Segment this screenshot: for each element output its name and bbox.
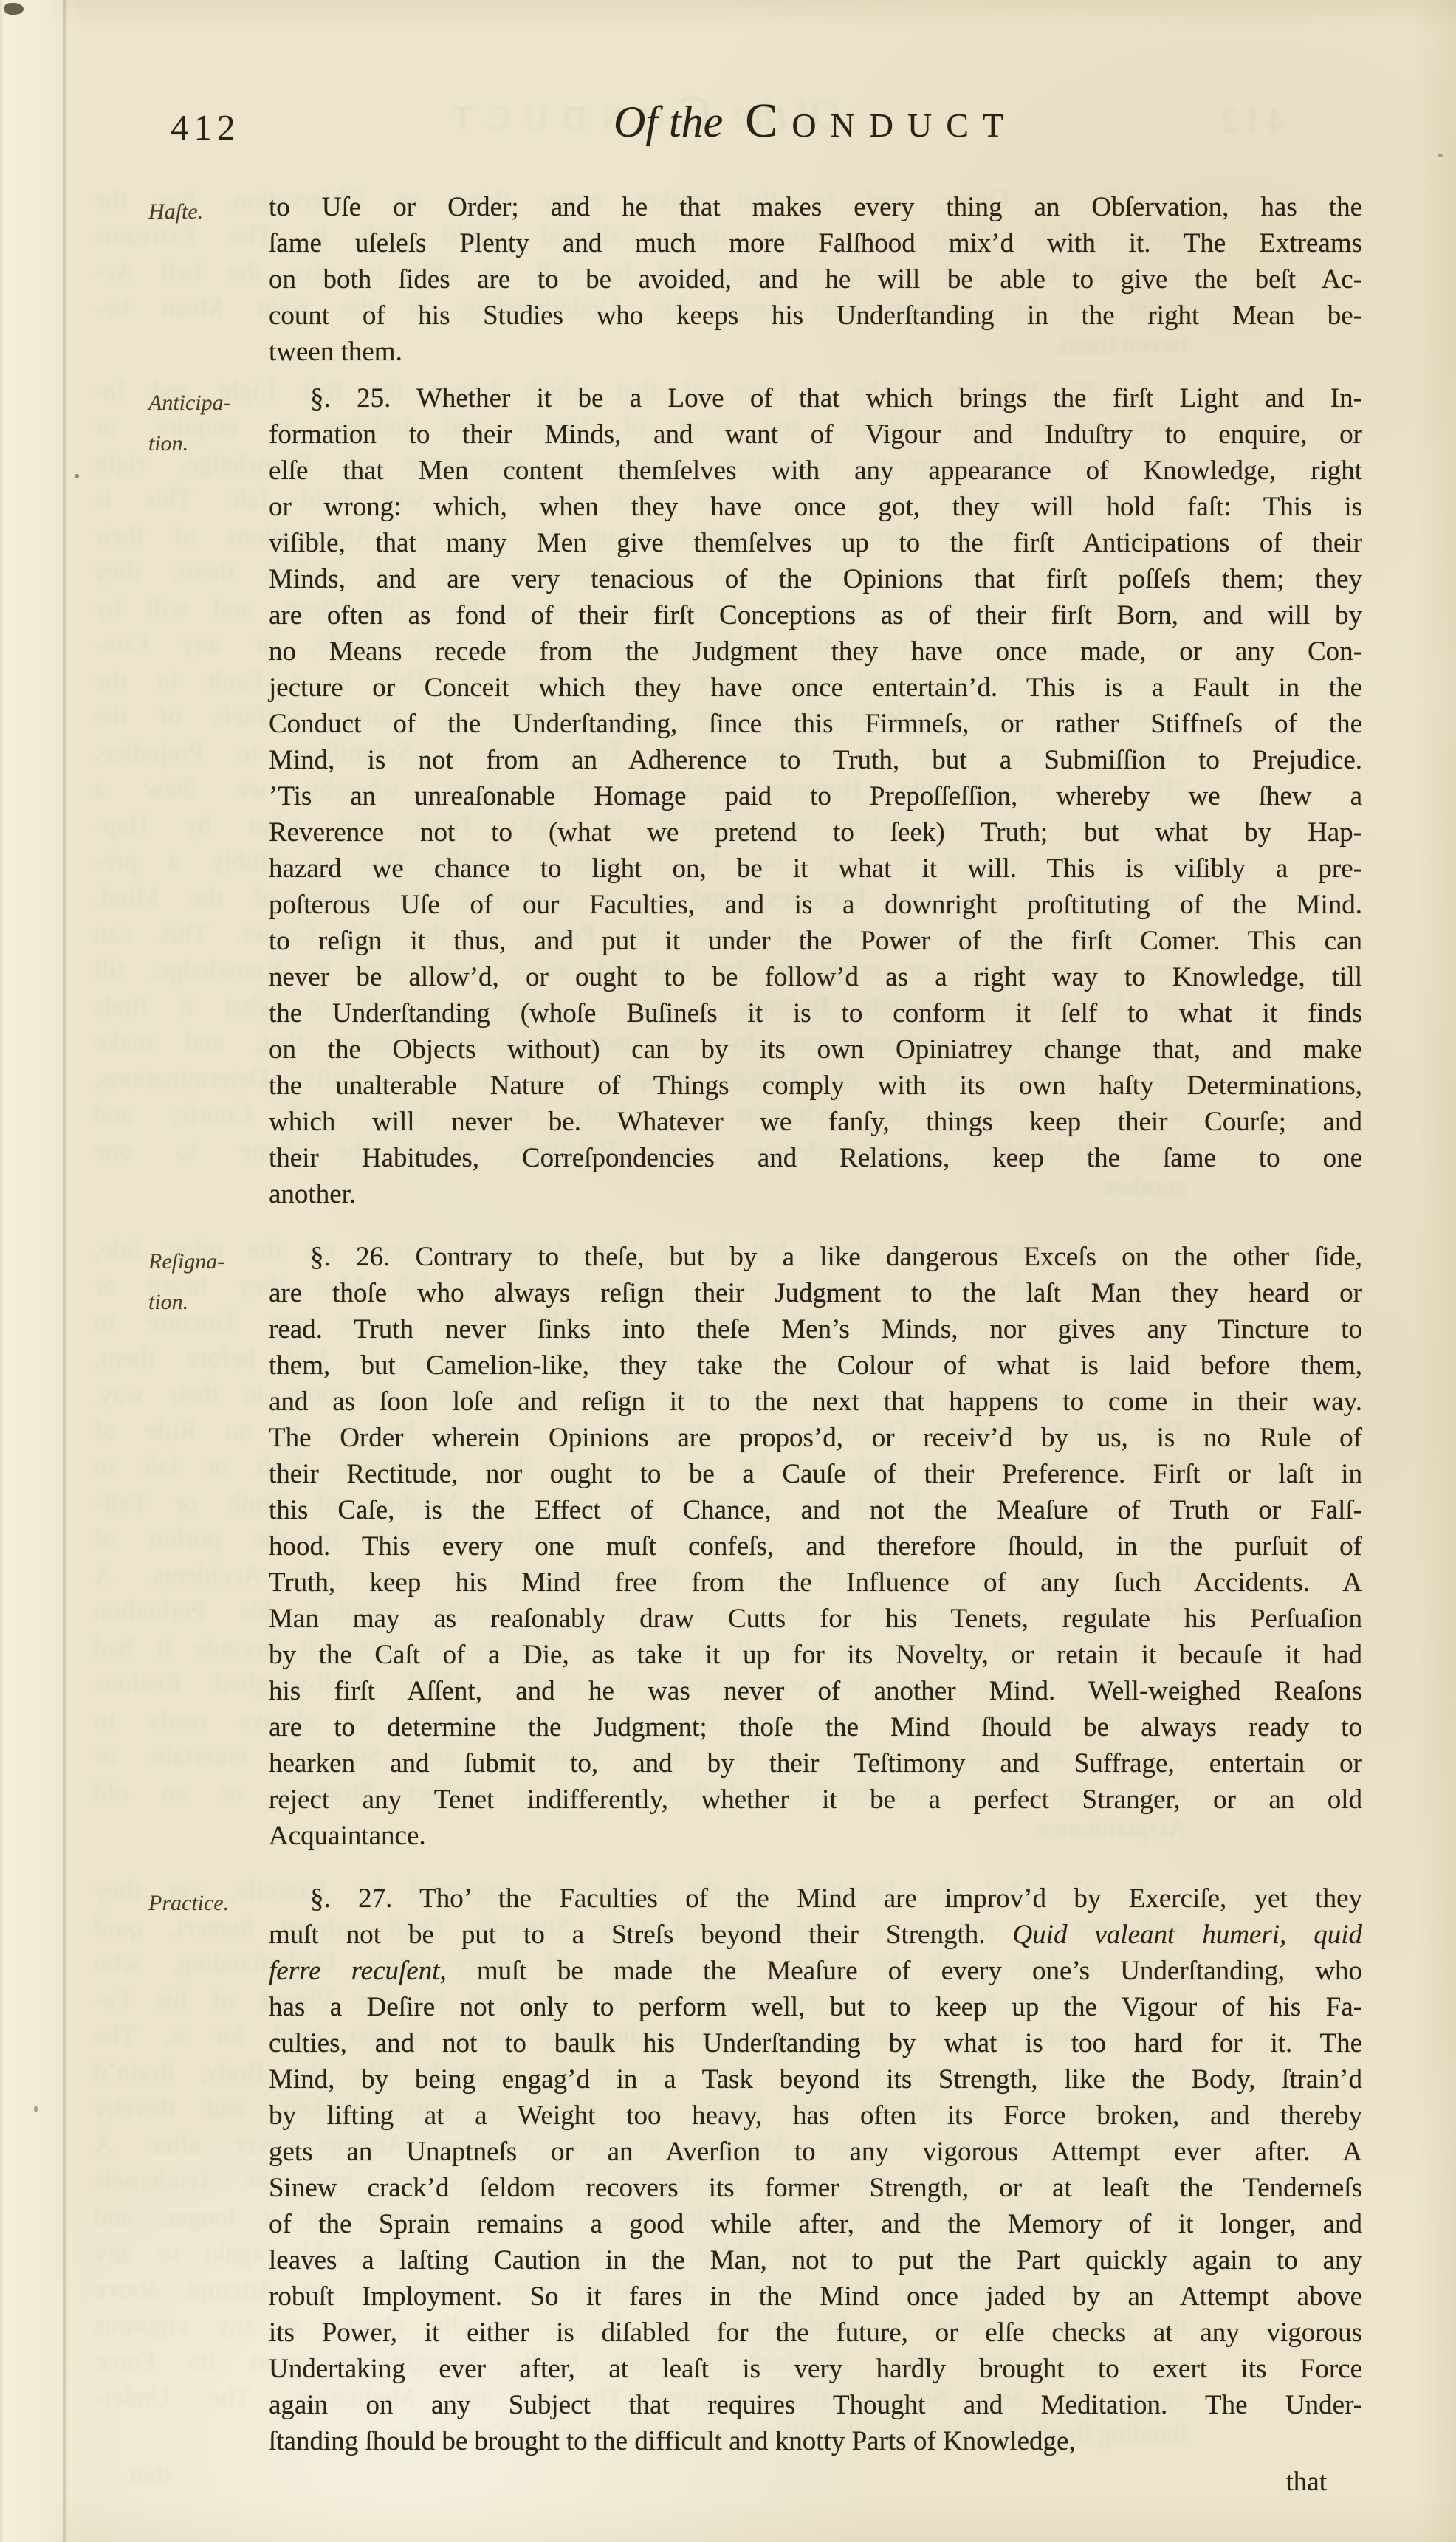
text-segment: ’Tis an unreaſonable Homage paid to Prep… bbox=[269, 781, 1362, 811]
margin-note: Practice. bbox=[148, 1883, 261, 1923]
text-line: ſame uſeleſs Plenty and much more Falſho… bbox=[269, 225, 1362, 261]
text-segment: poſterous Uſe of our Faculties, and is a… bbox=[269, 890, 1362, 920]
paragraph: Anticipa-tion.§. 25. Whether it be a Lov… bbox=[269, 380, 1362, 1212]
text-segment: The Order wherein Opinions are propos’d,… bbox=[269, 1423, 1362, 1453]
text-line: its Power, it either is diſabled for the… bbox=[269, 2315, 1362, 2351]
text-segment: §. 26. Contrary to theſe, but by a like … bbox=[310, 1242, 1362, 1272]
text-line: elſe that Men content themſelves with an… bbox=[269, 453, 1362, 489]
text-line: tween them. bbox=[269, 334, 1362, 370]
margin-note-line: Practice. bbox=[148, 1883, 261, 1923]
text-line: §. 25. Whether it be a Love of that whic… bbox=[269, 380, 1362, 416]
text-line: Truth, keep his Mind free from the Influ… bbox=[269, 1564, 1362, 1601]
text-segment: are often as fond of their firſt Concept… bbox=[269, 600, 1362, 631]
text-segment: reject any Tenet indifferently, whether … bbox=[269, 1784, 1362, 1815]
latin-quote-italic: ferre recuſent bbox=[269, 1956, 440, 1986]
text-segment: Conduct of the Underſtanding, ſince this… bbox=[269, 709, 1362, 739]
text-segment: its Power, it either is diſabled for the… bbox=[269, 2318, 1362, 2348]
text-line: his firſt Aſſent, and he was never of an… bbox=[269, 1673, 1362, 1709]
margin-note-line: tion. bbox=[148, 1282, 261, 1322]
latin-quote-italic: Quid valeant humeri, quid bbox=[1012, 1920, 1362, 1950]
text-line: gets an Unaptneſs or an Averſion to any … bbox=[269, 2134, 1362, 2170]
paragraph: Haſte.to Uſe or Order; and he that makes… bbox=[269, 189, 1362, 370]
text-segment: viſible, that many Men give themſelves u… bbox=[269, 528, 1362, 558]
text-segment: to Uſe or Order; and he that makes every… bbox=[269, 192, 1362, 222]
text-line: on both ſides are to be avoided, and he … bbox=[269, 261, 1362, 298]
text-segment: the unalterable Nature of Things comply … bbox=[269, 1071, 1362, 1101]
text-line: which will never be. Whatever we fanſy, … bbox=[269, 1104, 1362, 1140]
page-number: 412 bbox=[171, 106, 241, 148]
text-line: the unalterable Nature of Things comply … bbox=[269, 1068, 1362, 1104]
text-line: their Rectitude, nor ought to be a Cauſe… bbox=[269, 1456, 1362, 1492]
catchword-row: that bbox=[269, 2464, 1362, 2500]
text-line: ’Tis an unreaſonable Homage paid to Prep… bbox=[269, 778, 1362, 814]
text-segment: ſame uſeleſs Plenty and much more Falſho… bbox=[269, 228, 1362, 258]
text-segment: hood. This every one muſt confeſs, and t… bbox=[269, 1531, 1362, 1562]
text-line: again on any Subject that requires Thoug… bbox=[269, 2387, 1362, 2423]
text-line: by the Caſt of a Die, as take it up for … bbox=[269, 1637, 1362, 1673]
text-line: ſtanding ſhould be brought to the diffic… bbox=[269, 2423, 1362, 2459]
text-segment: read. Truth never ſinks into theſe Men’s… bbox=[269, 1314, 1362, 1344]
text-line: hearken and ſubmit to, and by their Teſt… bbox=[269, 1745, 1362, 1782]
text-segment: them, but Camelion-like, they take the C… bbox=[269, 1350, 1362, 1381]
text-segment: are thoſe who always reſign their Judgme… bbox=[269, 1278, 1362, 1308]
margin-note: Anticipa-tion. bbox=[148, 382, 261, 464]
text-segment: Sinew crack’d ſeldom recovers its former… bbox=[269, 2173, 1362, 2203]
margin-note-line: Reſigna- bbox=[148, 1241, 261, 1282]
text-segment: muſt not be put to a Streſs beyond their… bbox=[269, 1920, 1012, 1950]
text-segment: robuſt Imployment. So it fares in the Mi… bbox=[269, 2281, 1362, 2312]
text-segment: hearken and ſubmit to, and by their Teſt… bbox=[269, 1748, 1362, 1779]
title-italic: Of the bbox=[614, 97, 745, 146]
text-segment: of the Sprain remains a good while after… bbox=[269, 2209, 1362, 2239]
text-segment: Mind, is not from an Adherence to Truth,… bbox=[269, 745, 1362, 775]
text-line: their Habitudes, Correſpondencies and Re… bbox=[269, 1140, 1362, 1176]
text-segment: §. 27. Tho’ the Faculties of the Mind ar… bbox=[310, 1883, 1362, 1914]
text-line: are thoſe who always reſign their Judgme… bbox=[269, 1275, 1362, 1311]
text-line: reject any Tenet indifferently, whether … bbox=[269, 1782, 1362, 1818]
paragraph: Practice.§. 27. Tho’ the Faculties of th… bbox=[269, 1880, 1362, 2459]
text-line: to reſign it thus, and put it under the … bbox=[269, 923, 1362, 959]
text-line: no Means recede from the Judgment they h… bbox=[269, 633, 1362, 670]
text-segment: the Underſtanding (whoſe Buſineſs it is … bbox=[269, 998, 1362, 1028]
text-line: count of his Studies who keeps his Under… bbox=[269, 298, 1362, 334]
text-segment: on both ſides are to be avoided, and he … bbox=[269, 264, 1362, 295]
text-segment: on the Objects without) can by its own O… bbox=[269, 1034, 1362, 1065]
text-segment: which will never be. Whatever we fanſy, … bbox=[269, 1107, 1362, 1137]
text-line: leaves a laſting Caution in the Man, not… bbox=[269, 2242, 1362, 2278]
text-segment: no Means recede from the Judgment they h… bbox=[269, 636, 1362, 667]
text-line: formation to their Minds, and want of Vi… bbox=[269, 416, 1362, 453]
text-line: by lifting at a Weight too heavy, has of… bbox=[269, 2098, 1362, 2134]
text-segment: by lifting at a Weight too heavy, has of… bbox=[269, 2100, 1362, 2131]
text-line: robuſt Imployment. So it fares in the Mi… bbox=[269, 2278, 1362, 2315]
text-line: jecture or Conceit which they have once … bbox=[269, 670, 1362, 706]
text-line: culties, and not to baulk his Underſtand… bbox=[269, 2025, 1362, 2061]
text-segment: or wrong: which, when they have once got… bbox=[269, 492, 1362, 522]
text-segment: another. bbox=[269, 1179, 356, 1209]
text-segment: this Caſe, is the Effect of Chance, and … bbox=[269, 1495, 1362, 1525]
text-segment: and as ſoon loſe and reſign it to the ne… bbox=[269, 1387, 1362, 1417]
text-line: Mind, by being engag’d in a Task beyond … bbox=[269, 2061, 1362, 2098]
text-line: of the Sprain remains a good while after… bbox=[269, 2206, 1362, 2242]
page-content: 412 Of theConduct Haſte.to Uſe or Order;… bbox=[0, 0, 1456, 2542]
text-segment: gets an Unaptneſs or an Averſion to any … bbox=[269, 2137, 1362, 2167]
title-caps: Conduct bbox=[745, 93, 1017, 149]
text-segment: count of his Studies who keeps his Under… bbox=[269, 300, 1362, 331]
text-line: are to determine the Judgment; thoſe the… bbox=[269, 1709, 1362, 1745]
text-line: Conduct of the Underſtanding, ſince this… bbox=[269, 706, 1362, 742]
text-line: are often as fond of their firſt Concept… bbox=[269, 597, 1362, 633]
text-line: hazard we chance to light on, be it what… bbox=[269, 851, 1362, 887]
text-segment: Man may as reaſonably draw Cutts for his… bbox=[269, 1604, 1362, 1634]
text-line: has a Deſire not only to perform well, b… bbox=[269, 1989, 1362, 2025]
text-segment: elſe that Men content themſelves with an… bbox=[269, 456, 1362, 486]
text-line: this Caſe, is the Effect of Chance, and … bbox=[269, 1492, 1362, 1528]
text-segment: again on any Subject that requires Thoug… bbox=[269, 2390, 1362, 2420]
text-segment: their Habitudes, Correſpondencies and Re… bbox=[269, 1143, 1362, 1173]
text-line: or wrong: which, when they have once got… bbox=[269, 489, 1362, 525]
text-segment: , muſt be made the Meaſure of every one’… bbox=[440, 1956, 1362, 1986]
text-segment: Acquaintance. bbox=[269, 1821, 426, 1851]
text-line: another. bbox=[269, 1176, 1362, 1212]
text-line: Undertaking ever after, at leaſt is very… bbox=[269, 2351, 1362, 2387]
text-line: Man may as reaſonably draw Cutts for his… bbox=[269, 1601, 1362, 1637]
text-line: poſterous Uſe of our Faculties, and is a… bbox=[269, 887, 1362, 923]
margin-note-line: Haſte. bbox=[148, 191, 261, 232]
text-line: muſt not be put to a Streſs beyond their… bbox=[269, 1917, 1362, 1953]
text-segment: culties, and not to baulk his Underſtand… bbox=[269, 2028, 1362, 2058]
text-segment: Undertaking ever after, at leaſt is very… bbox=[269, 2354, 1362, 2384]
text-segment: to reſign it thus, and put it under the … bbox=[269, 926, 1362, 956]
text-segment: formation to their Minds, and want of Vi… bbox=[269, 419, 1362, 450]
text-line: §. 26. Contrary to theſe, but by a like … bbox=[269, 1239, 1362, 1275]
text-segment: ſtanding ſhould be brought to the diffic… bbox=[269, 2426, 1076, 2456]
text-line: hood. This every one muſt confeſs, and t… bbox=[269, 1528, 1362, 1564]
text-line: §. 27. Tho’ the Faculties of the Mind ar… bbox=[269, 1880, 1362, 1917]
body-text-column: Haſte.to Uſe or Order; and he that makes… bbox=[269, 189, 1362, 2500]
margin-note: Reſigna-tion. bbox=[148, 1241, 261, 1322]
text-segment: leaves a laſting Caution in the Man, not… bbox=[269, 2245, 1362, 2275]
text-segment: are to determine the Judgment; thoſe the… bbox=[269, 1712, 1362, 1742]
text-line: never be allow’d, or ought to be follow’… bbox=[269, 959, 1362, 995]
text-segment: §. 25. Whether it be a Love of that whic… bbox=[310, 383, 1362, 413]
text-segment: jecture or Conceit which they have once … bbox=[269, 673, 1362, 703]
text-line: to Uſe or Order; and he that makes every… bbox=[269, 189, 1362, 225]
text-line: Reverence not to (what we pretend to ſee… bbox=[269, 814, 1362, 851]
text-segment: his firſt Aſſent, and he was never of an… bbox=[269, 1676, 1362, 1706]
text-line: Minds, and are very tenacious of the Opi… bbox=[269, 561, 1362, 597]
text-line: Mind, is not from an Adherence to Truth,… bbox=[269, 742, 1362, 778]
text-line: The Order wherein Opinions are propos’d,… bbox=[269, 1420, 1362, 1456]
text-segment: Reverence not to (what we pretend to ſee… bbox=[269, 817, 1362, 848]
text-segment: Mind, by being engag’d in a Task beyond … bbox=[269, 2064, 1362, 2095]
paragraph: Reſigna-tion.§. 26. Contrary to theſe, b… bbox=[269, 1239, 1362, 1854]
text-line: read. Truth never ſinks into theſe Men’s… bbox=[269, 1311, 1362, 1347]
text-line: and as ſoon loſe and reſign it to the ne… bbox=[269, 1384, 1362, 1420]
text-line: the Underſtanding (whoſe Buſineſs it is … bbox=[269, 995, 1362, 1031]
margin-note-line: tion. bbox=[148, 423, 261, 464]
text-line: on the Objects without) can by its own O… bbox=[269, 1031, 1362, 1068]
text-segment: has a Deſire not only to perform well, b… bbox=[269, 1992, 1362, 2022]
book-page: 412 Of theConduct Haſte.to Uſe or Order;… bbox=[0, 0, 1456, 2542]
text-segment: Truth, keep his Mind free from the Influ… bbox=[269, 1567, 1362, 1598]
text-segment: tween them. bbox=[269, 337, 402, 367]
text-segment: hazard we chance to light on, be it what… bbox=[269, 853, 1362, 884]
margin-note-line: Anticipa- bbox=[148, 382, 261, 423]
text-segment: by the Caſt of a Die, as take it up for … bbox=[269, 1640, 1362, 1670]
text-line: Sinew crack’d ſeldom recovers its former… bbox=[269, 2170, 1362, 2206]
text-segment: Minds, and are very tenacious of the Opi… bbox=[269, 564, 1362, 594]
text-line: them, but Camelion-like, they take the C… bbox=[269, 1347, 1362, 1384]
page-title: Of theConduct bbox=[269, 93, 1362, 149]
text-line: viſible, that many Men give themſelves u… bbox=[269, 525, 1362, 561]
catchword: that bbox=[1286, 2467, 1327, 2497]
text-segment: never be allow’d, or ought to be follow’… bbox=[269, 962, 1362, 992]
margin-note: Haſte. bbox=[148, 191, 261, 232]
text-line: ferre recuſent, muſt be made the Meaſure… bbox=[269, 1953, 1362, 1989]
text-line: Acquaintance. bbox=[269, 1818, 1362, 1854]
text-segment: their Rectitude, nor ought to be a Cauſe… bbox=[269, 1459, 1362, 1489]
page-header: 412 Of theConduct bbox=[0, 93, 1456, 167]
